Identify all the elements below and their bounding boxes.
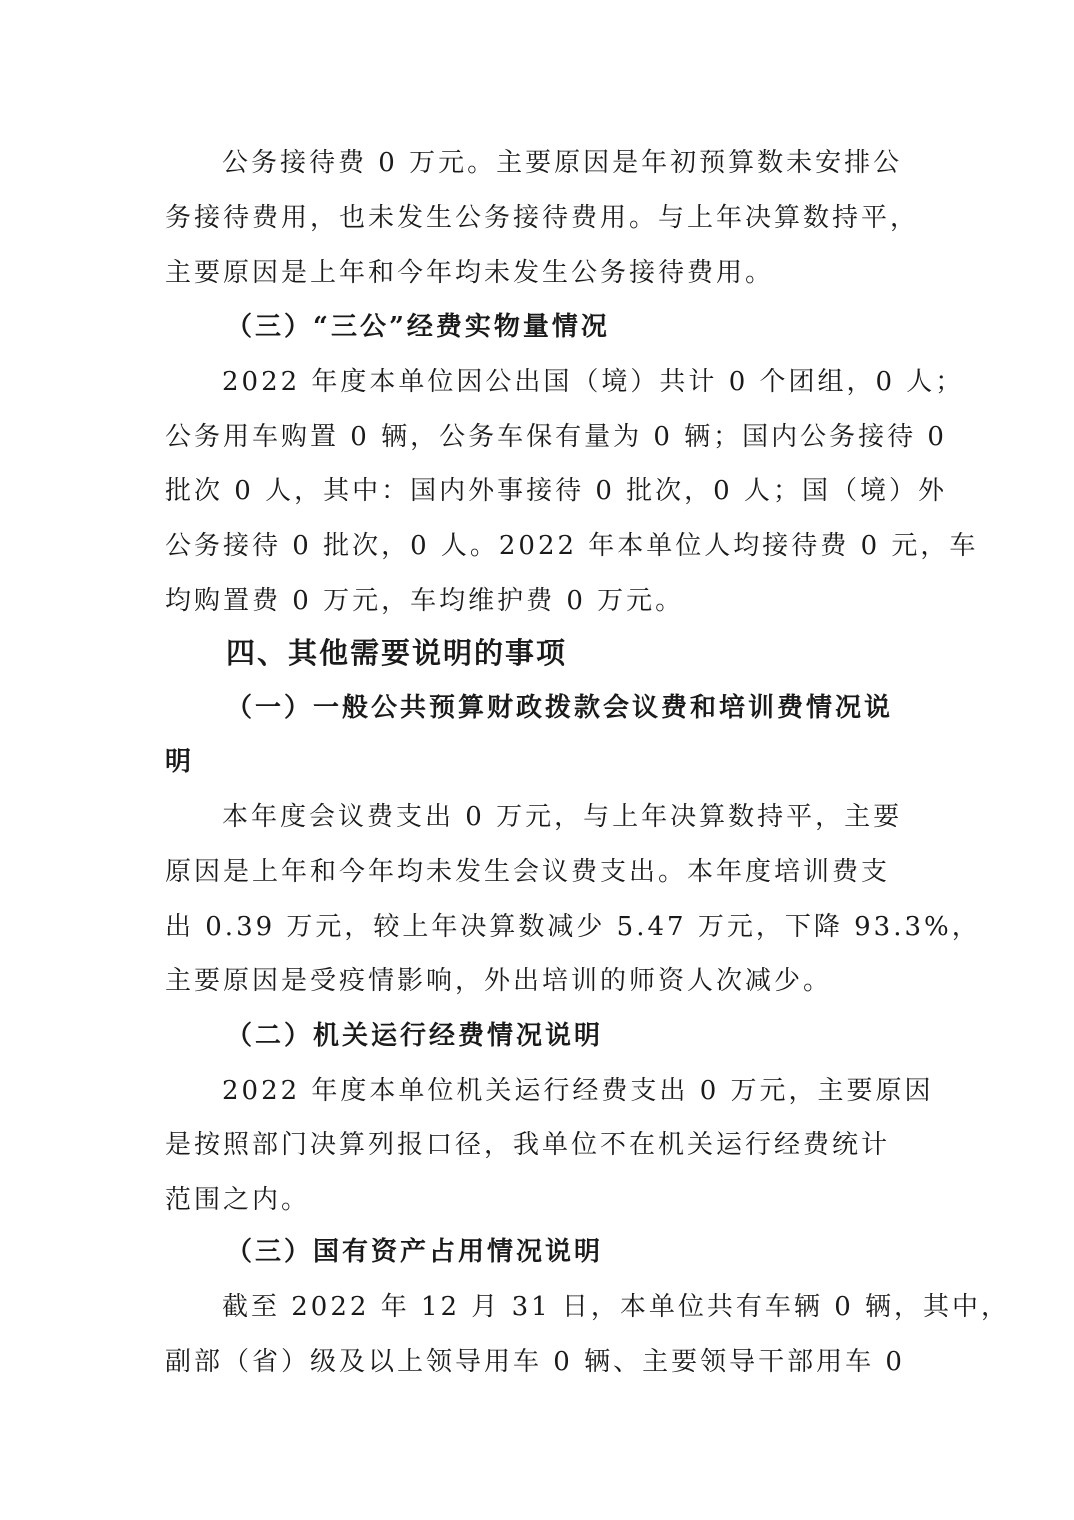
section-heading: （一）一般公共预算财政拨款会议费和培训费情况说: [226, 691, 893, 725]
paragraph-line: 公务接待费 0 万元。主要原因是年初预算数未安排公: [222, 146, 902, 180]
section-heading: （三）国有资产占用情况说明: [226, 1235, 603, 1269]
paragraph-line: 2022 年度本单位因公出国（境）共计 0 个团组，0 人；: [222, 365, 964, 399]
paragraph-line: 主要原因是受疫情影响，外出培训的师资人次减少。: [165, 964, 832, 998]
paragraph-line: 批次 0 人，其中：国内外事接待 0 批次，0 人；国（境）外: [165, 474, 947, 508]
section-heading: （三）“三公”经费实物量情况: [226, 310, 610, 344]
paragraph-line: 务接待费用，也未发生公务接待费用。与上年决算数持平，: [165, 201, 919, 235]
paragraph-line: 均购置费 0 万元，车均维护费 0 万元。: [165, 584, 684, 618]
paragraph-line: 是按照部门决算列报口径，我单位不在机关运行经费统计: [165, 1128, 890, 1162]
paragraph-line: 本年度会议费支出 0 万元，与上年决算数持平，主要: [222, 800, 902, 834]
paragraph-line: 主要原因是上年和今年均未发生公务接待费用。: [165, 256, 774, 290]
paragraph-line: 公务用车购置 0 辆，公务车保有量为 0 辆；国内公务接待 0: [165, 420, 947, 454]
paragraph-line: 2022 年度本单位机关运行经费支出 0 万元，主要原因: [222, 1074, 934, 1108]
paragraph-line: 明: [165, 745, 193, 779]
paragraph-line: 出 0.39 万元，较上年决算数减少 5.47 万元，下降 93.3%，: [165, 910, 981, 944]
paragraph-line: 截至 2022 年 12 月 31 日，本单位共有车辆 0 辆，其中，: [222, 1290, 1010, 1324]
paragraph-line: 副部（省）级及以上领导用车 0 辆、主要领导干部用车 0: [165, 1345, 905, 1379]
paragraph-line: 范围之内。: [165, 1183, 310, 1217]
section-heading: 四、其他需要说明的事项: [226, 636, 567, 670]
paragraph-line: 原因是上年和今年均未发生会议费支出。本年度培训费支: [165, 855, 890, 889]
paragraph-line: 公务接待 0 批次，0 人。2022 年本单位人均接待费 0 元，车: [165, 529, 978, 563]
section-heading: （二）机关运行经费情况说明: [226, 1019, 603, 1053]
